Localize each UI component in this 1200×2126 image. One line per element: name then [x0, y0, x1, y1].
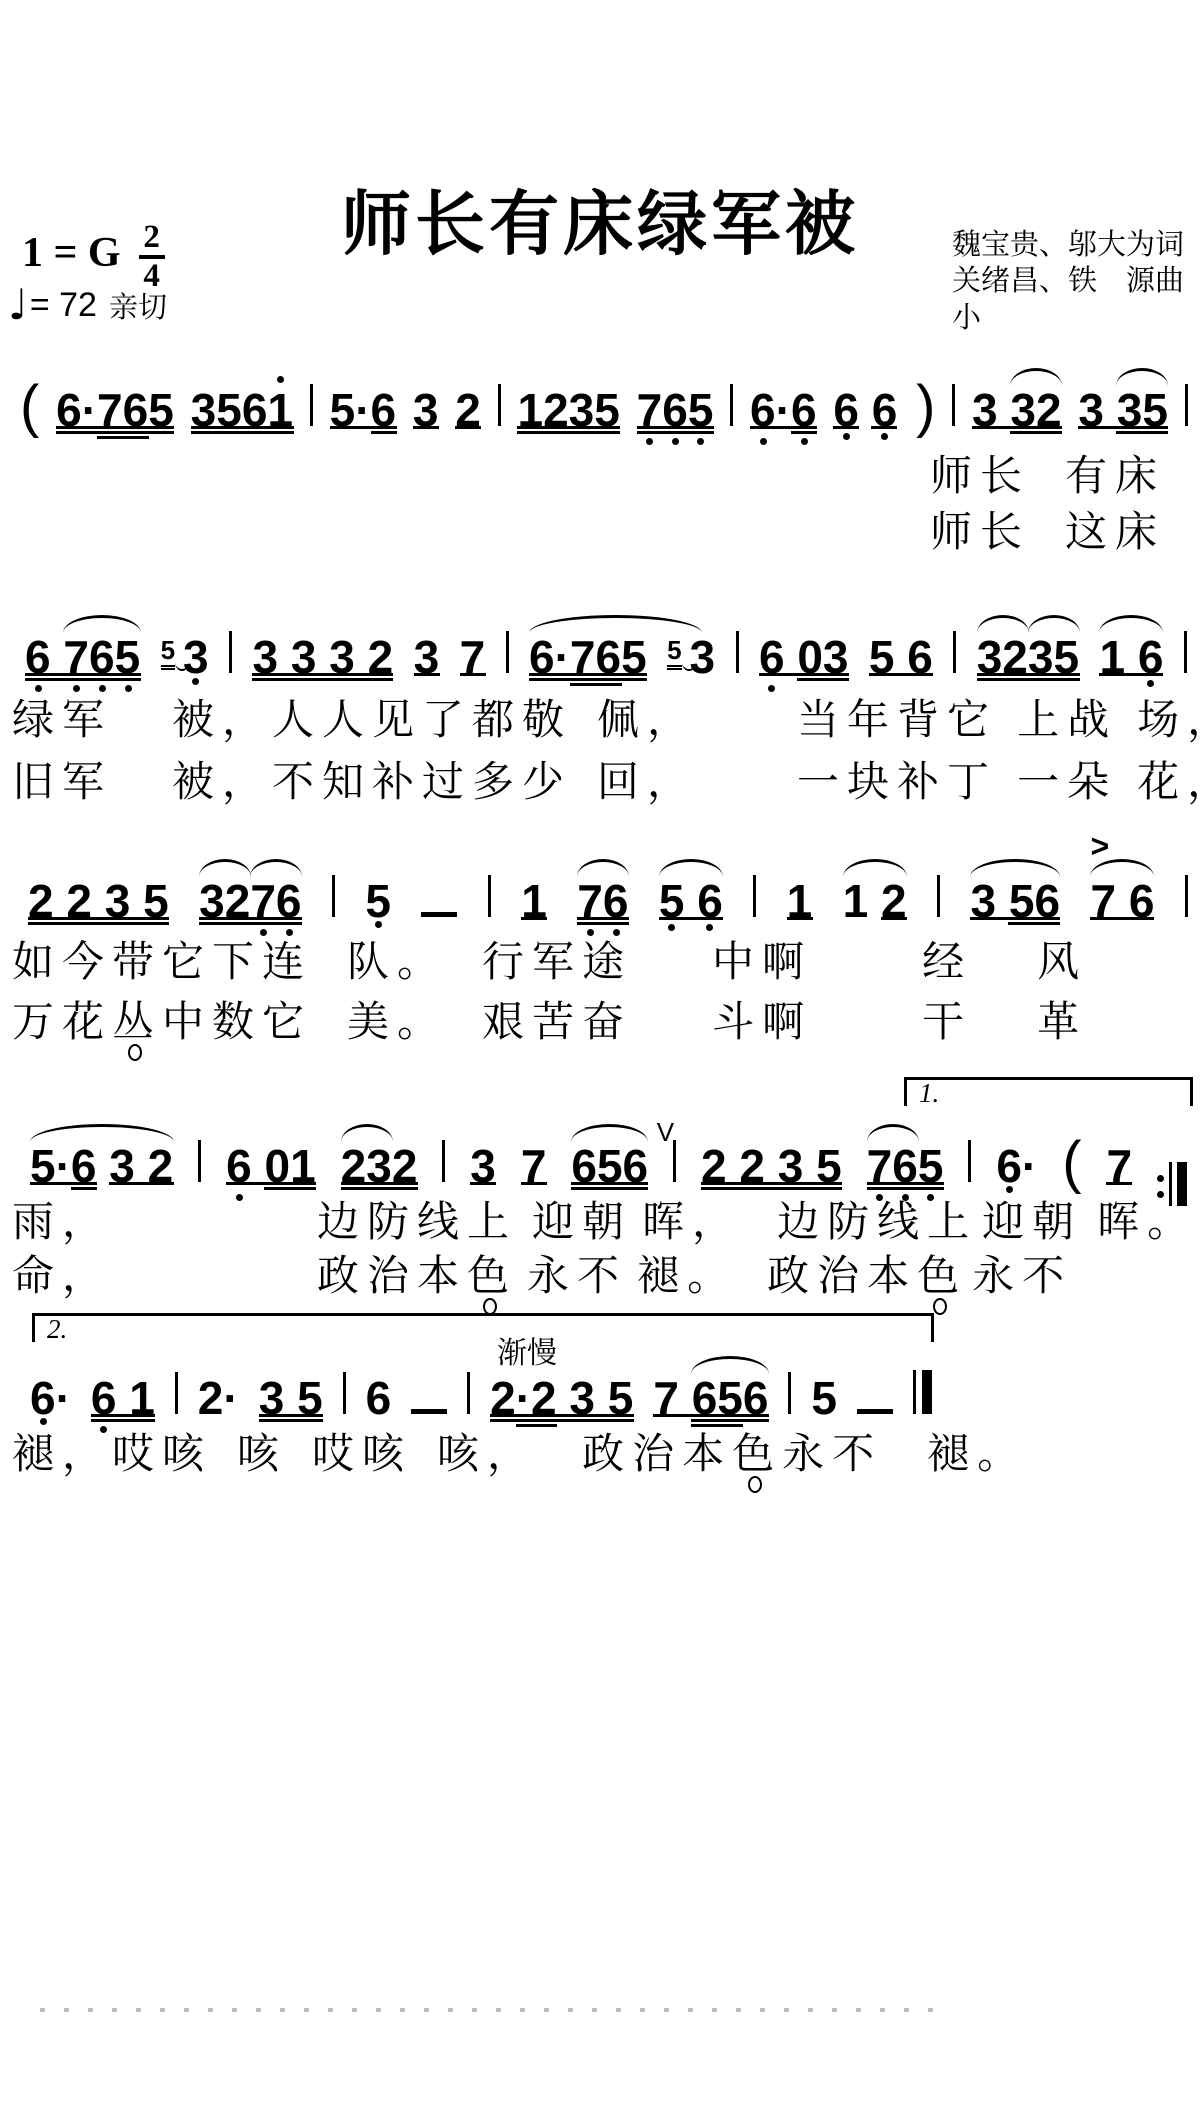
accent-mark: > — [1090, 830, 1109, 862]
note-group: 2 2 3 5 — [701, 1143, 842, 1189]
barline — [229, 631, 232, 673]
beam-underline — [577, 922, 629, 925]
low-octave-dot — [646, 438, 653, 445]
barline — [736, 631, 739, 673]
music-system-2-notes: 6 765533 3 3 2376·765536 035 632351 6 — [25, 631, 1187, 677]
beam-underline — [659, 917, 723, 920]
lyric-segment: 褪。 — [637, 1252, 737, 1300]
note-group: 7 656 — [653, 1375, 768, 1421]
low-octave-dot — [706, 924, 713, 931]
barline — [467, 1372, 470, 1414]
note-group: 3 — [470, 1143, 496, 1189]
beam-underline — [97, 436, 149, 439]
low-octave-dot — [760, 438, 767, 445]
barline — [442, 1140, 445, 1182]
note-group: 7 — [521, 1143, 547, 1189]
beam-underline — [571, 1182, 648, 1185]
lyric-segment: 风 — [1037, 938, 1087, 986]
beam-underline — [701, 1187, 842, 1190]
note-group: 7 6> — [1090, 878, 1154, 924]
lyric-segment: 咳， — [437, 1430, 537, 1478]
barline — [1185, 384, 1188, 426]
final-barline — [913, 1370, 932, 1414]
lyric-segment: 永不 — [972, 1252, 1072, 1300]
barline — [343, 1372, 346, 1414]
lyrics-verse1: 师长有床 — [930, 452, 1165, 500]
lyric-segment: 政治本 — [317, 1252, 467, 1300]
composers-credit: 关绪昌、铁 源曲 — [952, 262, 1184, 298]
slur-arc — [341, 1124, 393, 1142]
barline — [1185, 875, 1188, 917]
beam-underline — [490, 1419, 634, 1422]
music-system-3-notes: 2 2 3 5327651765 611 23 567 6> — [28, 875, 1188, 921]
beam-underline — [460, 673, 486, 676]
barline — [498, 384, 501, 426]
low-octave-dot — [40, 1418, 47, 1425]
beam-underline — [28, 922, 169, 925]
note-group: 6·6 — [750, 387, 817, 433]
lyric-segment: 咳 — [237, 1430, 287, 1478]
note-group: 6 6 — [833, 387, 897, 433]
barline — [332, 875, 335, 917]
slur-arc — [659, 859, 723, 877]
lyric-segment: 政治本 — [767, 1252, 917, 1300]
beam-underline — [56, 426, 174, 429]
barline — [937, 875, 940, 917]
ritardando-label: 渐慢 — [497, 1328, 557, 1372]
beam-underline — [109, 1182, 174, 1185]
note-group: 6 — [366, 1375, 392, 1421]
barline — [753, 875, 756, 917]
tempo-value: = 72 — [30, 286, 97, 325]
note-group: 3 32 — [972, 387, 1062, 433]
lyric-segment: 永不 — [782, 1430, 882, 1478]
lyric-segment: 褪。 — [927, 1430, 1027, 1478]
slur-arc — [843, 859, 907, 877]
beam-underline — [30, 1182, 97, 1185]
barline — [198, 1140, 201, 1182]
note-group: 7 — [1106, 1143, 1132, 1189]
beam-underline — [264, 1187, 316, 1190]
note-group: 2 2 3 5 — [28, 878, 169, 924]
lyric-segment: 边防线上 — [777, 1198, 977, 1246]
beam-underline — [577, 917, 629, 920]
half-note-dash — [857, 1409, 893, 1414]
slur-arc — [691, 1356, 769, 1374]
tempo-expression: 亲切 — [109, 285, 167, 326]
music-system-4-notes: 5·6 3 26 0123237656V2 2 3 57656·(7 — [30, 1134, 1187, 1180]
second-ending-bracket: 2. — [32, 1313, 934, 1342]
lyric-segment: 上战 — [1017, 696, 1117, 744]
barline — [788, 1372, 791, 1414]
note-group: 3 — [413, 387, 439, 433]
barline — [175, 1372, 178, 1414]
note-group: 3 3 3 2 — [252, 634, 393, 680]
lyric-segment: 当年背它 — [797, 696, 997, 744]
beam-underline — [833, 426, 859, 429]
note-group: 3 56 — [970, 878, 1060, 924]
note-group: 3 — [414, 634, 440, 680]
beam-underline — [691, 1419, 769, 1422]
low-octave-dot — [801, 438, 808, 445]
note-group: 6· — [30, 1375, 71, 1421]
lyric-segment: 褪，哎咳 — [12, 1430, 212, 1478]
beam-underline — [970, 917, 1060, 920]
beam-underline — [1116, 431, 1168, 434]
beam-underline — [371, 431, 397, 434]
lyric-segment: 佩， — [597, 696, 697, 744]
note-group: 5 — [365, 878, 391, 924]
note-group: 6·765 — [56, 387, 174, 433]
lyric-segment: 中数它 — [162, 998, 312, 1046]
note-group: 53 — [161, 634, 209, 681]
beam-underline — [637, 426, 714, 429]
first-ending-label: 1. — [919, 1080, 939, 1107]
music-system-5-notes: 6·6 12·3 562·2 3 57 6565 — [30, 1370, 932, 1416]
slur-arc — [250, 859, 302, 877]
note-group: 232 — [341, 1143, 418, 1189]
lyric-segment: 旧军 — [12, 758, 112, 806]
lyric-char-ring: 丛 — [112, 998, 162, 1046]
beam-underline — [797, 678, 849, 681]
note-group: 3 5 — [259, 1375, 323, 1421]
lyrics-final: 褪，哎咳咳哎咳咳，政治本色永不褪。 — [12, 1430, 1027, 1478]
lyric-segment: 艰苦奋 — [482, 998, 632, 1046]
beam-underline — [972, 426, 1062, 429]
beam-underline — [759, 673, 849, 676]
beam-underline — [252, 673, 393, 676]
second-ending-label: 2. — [47, 1316, 67, 1343]
low-octave-dot — [668, 924, 675, 931]
note-group: 656V — [571, 1143, 648, 1189]
key-text: 1 = G — [22, 232, 121, 274]
note-group: 3276 — [199, 878, 301, 924]
sheet-music-page: 师长有床绿军被 1 = G 2 4 ♩ = 72 亲切 魏宝贵、邬大为词 关绪昌… — [0, 0, 1200, 2126]
beam-underline — [91, 1419, 155, 1422]
beam-underline — [1078, 426, 1168, 429]
tempo-marking: ♩ = 72 亲切 — [8, 284, 167, 326]
lyric-segment: 晖。 — [1097, 1198, 1197, 1246]
slur-arc — [1099, 615, 1163, 633]
lyrics-verse2: 命，政治本色永不褪。政治本色永不 — [12, 1252, 1072, 1300]
beam-underline — [691, 1424, 743, 1427]
lyric-segment: 花， — [1137, 758, 1200, 806]
barline — [968, 1140, 971, 1182]
beam-underline — [529, 678, 647, 681]
beam-underline — [517, 426, 620, 429]
note-group: 6 03 — [759, 634, 849, 680]
lyric-segment: 师长 — [930, 452, 1030, 500]
note-group: 1 6 — [1099, 634, 1163, 680]
credits-block: 魏宝贵、邬大为词 关绪昌、铁 源曲 小 — [952, 226, 1184, 335]
scan-artifact-row — [40, 2008, 940, 2012]
barline — [952, 384, 955, 426]
beam-underline — [191, 431, 294, 434]
time-signature: 2 4 — [139, 222, 165, 293]
slur-arc — [529, 615, 702, 633]
parenthesis: ( — [20, 378, 39, 436]
beam-underline — [470, 1182, 496, 1185]
lyric-segment: 哎咳 — [312, 1430, 412, 1478]
beam-underline — [571, 1187, 648, 1190]
beam-underline — [1099, 673, 1163, 676]
lyric-segment: 行军途 — [482, 938, 632, 986]
lyrics-verse2: 旧军被，不知补过多少回，一块补丁一朵花， — [12, 758, 1200, 806]
beam-underline — [1090, 917, 1154, 920]
low-octave-dot — [881, 433, 888, 440]
low-octave-dot — [286, 929, 293, 936]
beam-underline — [977, 673, 1080, 676]
lyric-segment: 这床 — [1065, 508, 1165, 556]
beam-underline — [529, 673, 647, 676]
beam-underline — [330, 426, 397, 429]
lyric-segment: 晖， — [642, 1198, 742, 1246]
lyric-segment: 中啊 — [712, 938, 812, 986]
beam-underline — [517, 431, 620, 434]
half-note-dash — [411, 1409, 447, 1414]
lyrics-verse2: 师长这床 — [930, 508, 1165, 556]
slur-arc — [63, 615, 141, 633]
low-octave-dot — [587, 929, 594, 936]
low-octave-dot — [73, 685, 80, 692]
lyric-segment: 革 — [1037, 998, 1087, 1046]
beam-underline — [701, 1182, 842, 1185]
lyric-segment: 美。 — [347, 998, 447, 1046]
slur-arc — [1028, 615, 1080, 633]
low-octave-dot — [99, 685, 106, 692]
parenthesis: ) — [916, 378, 935, 436]
note-group: 765 — [637, 387, 714, 433]
low-octave-dot — [260, 929, 267, 936]
note-group: 5 — [811, 1375, 837, 1421]
beam-underline — [1106, 1182, 1132, 1185]
lyric-segment: 雨， — [12, 1198, 112, 1246]
credit-extra: 小 — [952, 299, 1184, 335]
lyric-segment: 绿军 — [12, 696, 112, 744]
beam-underline — [516, 1424, 557, 1427]
beam-underline — [413, 426, 439, 429]
lyrics-verse1: 如今带它下连队。行军途中啊经风 — [12, 938, 1087, 986]
slur-arc — [30, 1124, 174, 1142]
lyric-segment: 场， — [1137, 696, 1200, 744]
beam-underline — [977, 678, 1080, 681]
beam-underline — [259, 1419, 323, 1422]
lyrics-verse1: 绿军被，人人见了都敬佩，当年背它上战场， — [12, 696, 1200, 744]
beam-underline — [25, 673, 141, 676]
slur-arc — [977, 615, 1029, 633]
lyric-char-ring: 色 — [467, 1252, 517, 1300]
note-group: 5·6 — [330, 387, 397, 433]
note-group: 5·6 3 2 — [30, 1143, 173, 1189]
beam-underline — [787, 917, 813, 920]
beam-underline — [653, 1414, 769, 1417]
note-group: 2 — [455, 387, 481, 433]
low-octave-dot — [375, 921, 382, 928]
beam-underline — [521, 917, 547, 920]
low-octave-dot — [1006, 1186, 1013, 1193]
note-group: 5 6 — [659, 878, 723, 924]
slur-arc — [1116, 368, 1168, 386]
lyrics-verse1: 雨，边防线上迎朝晖，边防线上迎朝晖。 — [12, 1198, 1197, 1246]
beam-underline — [199, 922, 302, 925]
beam-underline — [867, 1187, 944, 1190]
low-octave-dot — [125, 685, 132, 692]
beam-underline — [341, 1187, 418, 1190]
note-group: 3235 — [977, 634, 1079, 680]
lyric-segment: 一朵 — [1017, 758, 1117, 806]
time-signature-numerator: 2 — [143, 222, 160, 253]
lyric-segment: 有床 — [1065, 452, 1165, 500]
beam-underline — [867, 1182, 944, 1185]
beam-underline — [455, 426, 481, 429]
beam-underline — [871, 426, 897, 429]
lyric-segment: 被，不知补过多少 — [172, 758, 572, 806]
quarter-note-icon: ♩ — [8, 284, 28, 326]
half-note-dash — [421, 912, 457, 917]
note-group: 6·765 — [529, 634, 647, 680]
parenthesis: ( — [1062, 1134, 1081, 1192]
beam-underline — [191, 426, 294, 429]
beam-underline — [1010, 431, 1062, 434]
lyric-segment: 如今带它下连 — [12, 938, 312, 986]
grace-note: 5 — [667, 637, 681, 667]
lyric-segment: 被，人人见了都敬 — [172, 696, 572, 744]
slur-arc — [577, 859, 629, 877]
note-group: 53 — [667, 634, 715, 681]
breath-mark: V — [657, 1119, 674, 1145]
note-group: 3 35 — [1078, 387, 1168, 433]
note-group: 765 — [867, 1143, 944, 1189]
beam-underline — [91, 1414, 155, 1417]
low-octave-dot — [35, 685, 42, 692]
beam-underline — [1008, 922, 1060, 925]
slur-arc — [571, 1124, 648, 1142]
beam-underline — [637, 431, 714, 434]
beam-underline — [25, 678, 141, 681]
barline — [953, 631, 956, 673]
lyric-segment: 永不 — [527, 1252, 627, 1300]
low-octave-dot — [613, 929, 620, 936]
barline — [1184, 631, 1187, 673]
slur-arc — [1010, 368, 1062, 386]
lyric-segment: 边防线上 — [317, 1198, 517, 1246]
beam-underline — [869, 673, 933, 676]
lyric-segment: 斗啊 — [712, 998, 812, 1046]
barline — [730, 384, 733, 426]
low-octave-dot — [192, 678, 199, 685]
lyric-segment: 一块补丁 — [797, 758, 997, 806]
note-group: 7 — [460, 634, 486, 680]
note-group: 6 765 — [25, 634, 140, 680]
beam-underline — [56, 431, 174, 434]
note-group: 2·2 3 5 — [490, 1375, 633, 1421]
beam-underline — [71, 1187, 97, 1190]
lyric-segment: 经 — [922, 938, 972, 986]
lyricists-credit: 魏宝贵、邬大为词 — [952, 226, 1184, 262]
lyric-segment: 政治本 — [582, 1430, 732, 1478]
beam-underline — [881, 917, 907, 920]
beam-underline — [341, 1182, 418, 1185]
low-octave-dot — [697, 438, 704, 445]
note-group: 76 — [577, 878, 628, 924]
lyric-segment: 干 — [922, 998, 972, 1046]
lyric-segment: 万花 — [12, 998, 112, 1046]
lyric-segment: 师长 — [930, 508, 1030, 556]
beam-underline — [570, 683, 622, 686]
lyric-char-ring: 色 — [917, 1252, 967, 1300]
low-octave-dot — [1147, 680, 1154, 687]
lyric-segment: 队。 — [347, 938, 447, 986]
note-group: 1 — [521, 878, 547, 924]
lyric-char-ring: 色 — [732, 1430, 782, 1478]
beam-underline — [28, 917, 169, 920]
beam-underline — [414, 673, 440, 676]
note-group: 2· — [198, 1375, 239, 1421]
barline — [506, 631, 509, 673]
beam-underline — [259, 1414, 323, 1417]
barline — [488, 875, 491, 917]
beam-underline — [750, 426, 817, 429]
note-group: 6 01 — [226, 1143, 316, 1189]
note-group: 1 — [787, 878, 813, 924]
lyric-segment: 迎朝 — [982, 1198, 1082, 1246]
note-group: 6 1 — [91, 1375, 155, 1421]
beam-underline — [226, 1182, 316, 1185]
beam-underline — [791, 431, 817, 434]
low-octave-dot — [768, 685, 775, 692]
low-octave-dot — [843, 433, 850, 440]
beam-underline — [521, 1182, 547, 1185]
beam-underline — [490, 1414, 634, 1417]
beam-underline — [199, 917, 302, 920]
music-system-1-notes: (6·76535615·63212357656·66 6)3 323 35 — [20, 378, 1188, 424]
grace-note: 5 — [161, 637, 175, 667]
slur-arc — [867, 1124, 919, 1142]
high-octave-dot — [277, 376, 284, 383]
lyrics-verse2: 万花丛中数它美。艰苦奋斗啊干革 — [12, 998, 1087, 1046]
note-group: 6· — [996, 1143, 1037, 1189]
first-ending-bracket: 1. — [904, 1077, 1193, 1106]
lyric-segment: 迎朝 — [532, 1198, 632, 1246]
note-group: 1 2 — [843, 878, 907, 924]
note-group: 5 6 — [869, 634, 933, 680]
note-group: 1235 — [517, 387, 619, 433]
lyric-segment: 回， — [597, 758, 697, 806]
lyric-segment: 命， — [12, 1252, 112, 1300]
low-octave-dot — [672, 438, 679, 445]
beam-underline — [252, 678, 393, 681]
note-group: 3561 — [191, 387, 293, 433]
repeat-dots — [1157, 1175, 1164, 1198]
slur-arc — [970, 859, 1060, 877]
barline — [310, 384, 313, 426]
slur-arc — [199, 859, 251, 877]
